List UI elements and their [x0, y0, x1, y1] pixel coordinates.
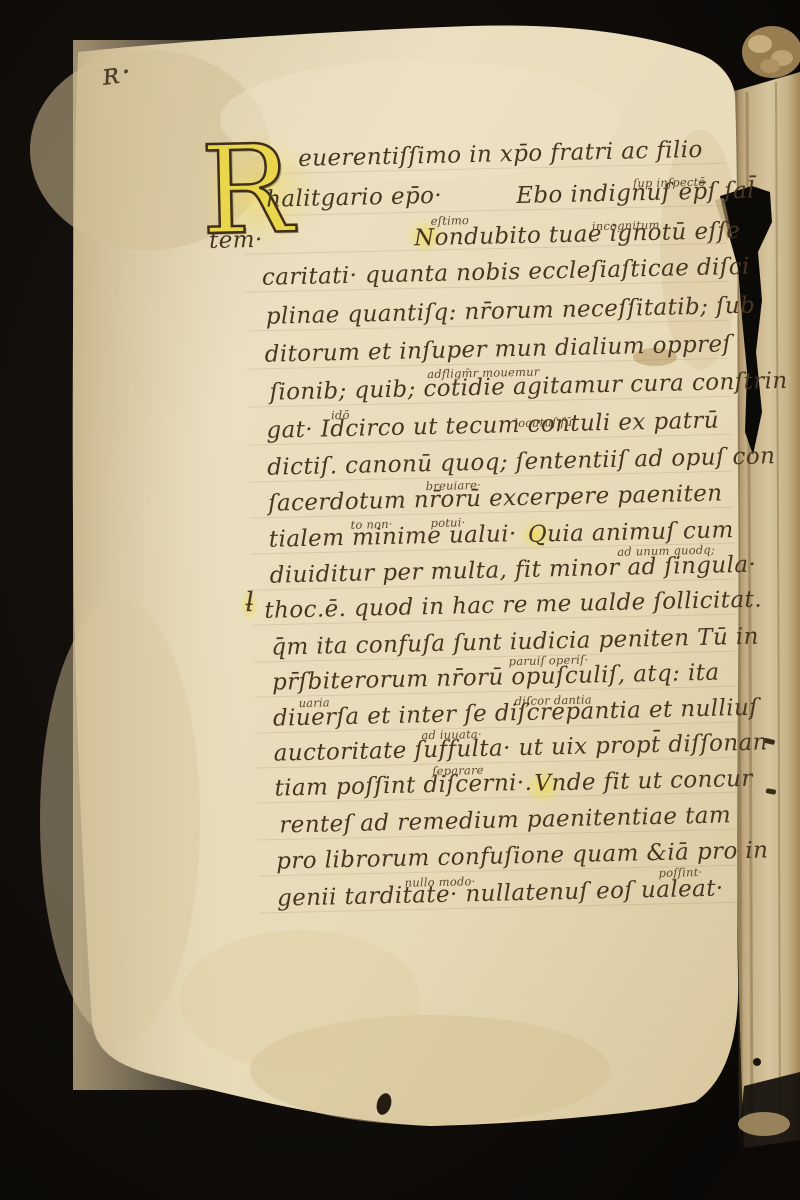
interlinear-gloss: diſcor dantia [515, 694, 592, 707]
text-line: pr̄ſbiterorum nr̄orū opuſculiſ, atq: ita [272, 662, 720, 695]
interlinear-gloss: breuiare· [426, 480, 482, 493]
text-line: auctoritate ſuffulta· ut uix propt̄ diſſ… [273, 731, 768, 765]
interlinear-gloss: ad unum quodq; [617, 545, 715, 559]
interlinear-gloss: ſup inſpectō [633, 177, 706, 190]
text-line: dictiſ. canonū quoq; ſententiiſ ad opuſ … [267, 445, 776, 480]
margin-et-mark: ƚ [245, 589, 254, 616]
interlinear-gloss: locutuſ ſū [514, 417, 572, 430]
interlinear-gloss: uaria [298, 697, 330, 709]
interlinear-gloss: poſſint· [658, 867, 702, 879]
text-line: renteſ ad remedium paenitentiae tam [279, 804, 731, 837]
interlinear-gloss: nullo modo· [405, 876, 476, 889]
interlinear-gloss: ad iuuata· [421, 729, 482, 742]
text-line: thoc.ē. quod in hac re me ualde ſollicit… [264, 589, 762, 623]
text-line: halitgario ep̄o· [266, 185, 442, 212]
text-line: ſacerdotum nr̄orū excerpere paeniten [268, 482, 723, 515]
interlinear-gloss: ſeparare [432, 765, 484, 778]
text-line: tialem minime ualui· [269, 523, 517, 552]
interlinear-gloss: to non· [350, 519, 392, 531]
interlinear-gloss: potui· [430, 517, 465, 529]
text-line: ditorum et inſuper mun dialium oppreſ [264, 333, 731, 367]
text-line: tiam poſſint diſcerni·. [274, 772, 532, 801]
text-block: R euerentiſſimo in xp̄o fratri ac filio … [0, 0, 800, 1200]
text-line-segment: Vnde fit ut concur [534, 768, 753, 796]
interlinear-gloss: eſtimo [431, 215, 470, 227]
text-line: genii tarditate· nullatenuſ eoſ ualeat· [277, 877, 724, 910]
text-line: euerentiſſimo in xp̄o fratri ac filio [298, 139, 703, 171]
text-line: diuiditur per multa, fit minor ad ſingul… [269, 554, 756, 588]
manuscript-photo: ʀ· R euerentiſſimo in xp̄o fratri ac fil… [0, 0, 800, 1200]
text-line: plinae quantiſq: nr̄orum neceſſitatib; ſ… [266, 295, 756, 329]
interlinear-gloss: incognitum [592, 220, 660, 233]
interlinear-gloss: paruiſ operiſ· [509, 654, 589, 667]
interlinear-gloss: adfligm̄r mouemur [427, 367, 540, 381]
interlinear-gloss: idō [331, 410, 350, 422]
text-line: caritati· quanta nobis eccleſiaſticae di… [262, 256, 750, 290]
text-line: tem· [209, 229, 263, 253]
